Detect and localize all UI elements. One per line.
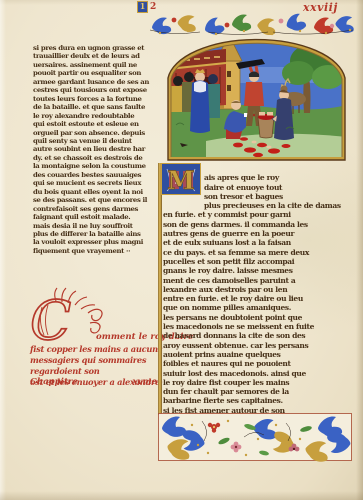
bottom-floral-border [158,413,352,463]
chapter-label: Chappitre [30,377,78,387]
text-column-1: si pres dura en ugnon grasse et trauaill… [33,44,163,255]
manuscript-page: 1 2 xxviij si pres dura en ugnon grasse … [0,0,363,500]
quire-signature-red-numeral: 2 [150,2,156,12]
miniature [166,33,347,162]
quire-signature: 1 2 [137,2,156,12]
rubric-chapter-line: Chappitre xvme· [30,377,160,387]
gold-divider-bar [158,163,162,415]
text-column-2-lines: ais apres que le roy daire ot enuoye tou… [163,173,341,424]
rubric-block: C omment le roy daire fist copper les ma… [28,283,166,395]
cadel-letter: C [30,289,71,349]
cadel-flourish-right [88,309,102,333]
text-column-2: ais apres que le roy daire ot enuoye tou… [163,164,353,424]
chopping-block [258,112,274,138]
chapter-number: xvme· [132,377,160,387]
initial-spacer [163,173,204,202]
quire-signature-blue-tile: 1 [137,1,148,13]
